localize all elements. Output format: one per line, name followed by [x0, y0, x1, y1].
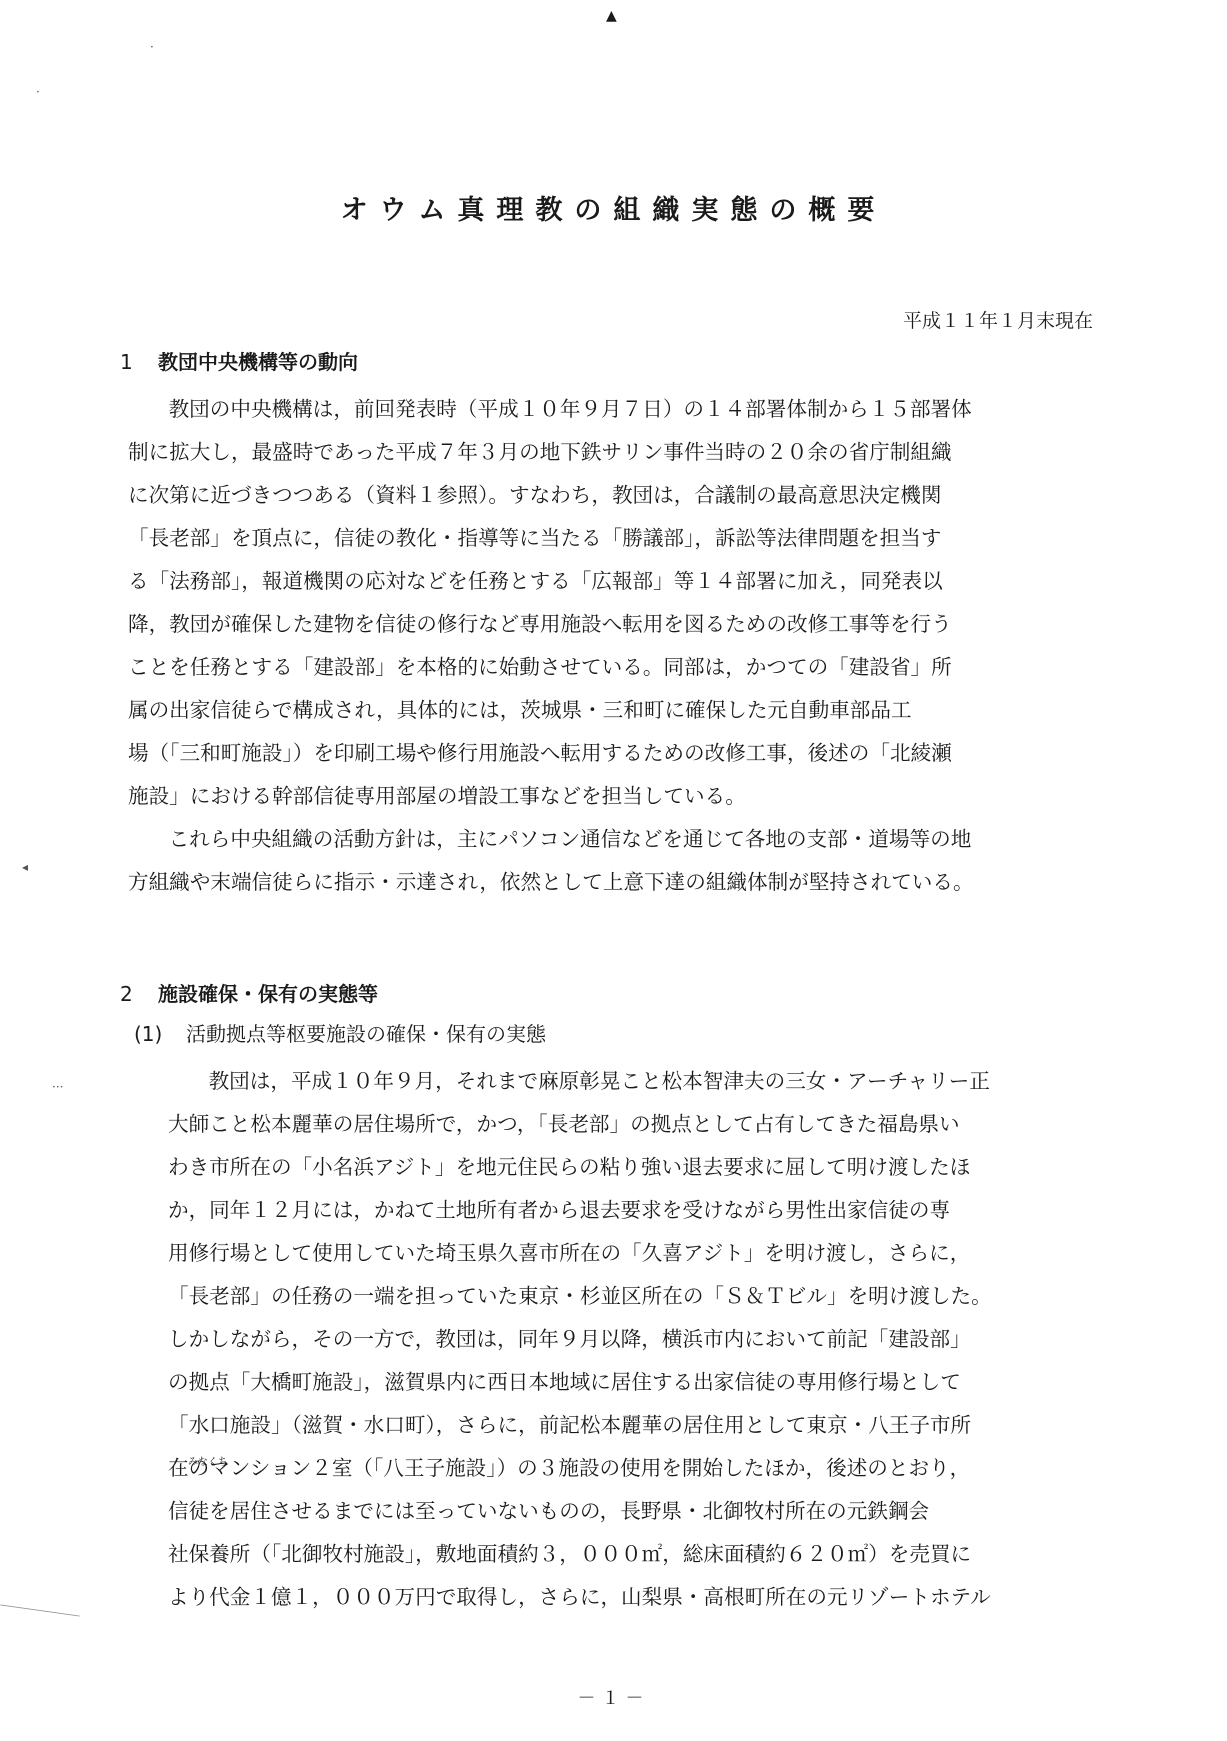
subsection-1-paragraph-1: 教団は，平成１０年９月，それまで麻原彰晃こと松本智津夫の三女・アーチャリー正 大…	[188, 1060, 1108, 1619]
subsection-1-heading: (1)活動拠点等枢要施設の確保・保有の実態	[134, 1018, 546, 1047]
text-line: 「水口施設」（滋賀・水口町），さらに，前記松本麗華の居住用として東京・八王子市所	[168, 1404, 1108, 1447]
text-line: 場（「三和町施設」）を印刷工場や修行用施設へ転用するための改修工事，後述の「北綾…	[128, 732, 1098, 775]
section-title: 施設確保・保有の実態等	[158, 982, 378, 1006]
text-line: 「長老部」を頂点に，信徒の教化・指導等に当たる「勝議部」，訴訟等法律問題を担当す	[128, 517, 1098, 560]
text-line: 教団の中央機構は，前回発表時（平成１０年９月７日）の１４部署体制から１５部署体	[148, 388, 1098, 431]
section-2-heading: 2施設確保・保有の実態等	[120, 978, 378, 1007]
section-number: 1	[120, 350, 158, 374]
text-line: 用修行場として使用していた埼玉県久喜市所在の「久喜アジト」を明け渡し，さらに，	[168, 1232, 1108, 1275]
text-line: より代金１億１，０００万円で取得し，さらに，山梨県・高根町所在の元リゾートホテル	[168, 1576, 1108, 1619]
text-line: 在のマンション２室（「八王子施設」）の３施設の使用を開始したほか，後述のとおり，	[168, 1447, 1108, 1490]
text-line: 社保養所（「北御牧村施設」，敷地面積約３，０００㎡，総床面積約６２０㎡）を売買に	[168, 1533, 1108, 1576]
text-line: か，同年１２月には，かねて土地所有者から退去要求を受けながら男性出家信徒の専	[168, 1189, 1108, 1232]
scan-line-artifact	[0, 1604, 79, 1616]
text-line: 施設」における幹部信徒専用部屋の増設工事などを担当している。	[128, 775, 1098, 818]
text-line: わき市所在の「小名浜アジト」を地元住民らの粘り強い退去要求に屈して明け渡したほ	[168, 1146, 1108, 1189]
scan-speck: ·	[36, 85, 40, 99]
text-line: これら中央組織の活動方針は，主にパソコン通信などを通じて各地の支部・道場等の地	[148, 818, 1098, 861]
section-title: 教団中央機構等の動向	[158, 350, 358, 374]
text-line: 「長老部」の任務の一端を担っていた東京・杉並区所在の「Ｓ＆Ｔビル」を明け渡した。	[168, 1275, 1108, 1318]
subsection-number: (1)	[134, 1022, 186, 1046]
text-line: 信徒を居住させるまでには至っていないものの，長野県・北御牧村所在の元鉄鋼会	[168, 1490, 1108, 1533]
text-line: の拠点「大橋町施設」，滋賀県内に西日本地域に居住する出家信徒の専用修行場として	[168, 1361, 1108, 1404]
document-date: 平成１１年１月末現在	[903, 306, 1093, 333]
document-title: オウム真理教の組織実態の概要	[0, 188, 1227, 227]
text-line: る「法務部」，報道機関の応対などを任務とする「広報部」等１４部署に加え，同発表以	[128, 560, 1098, 603]
text-line: ことを任務とする「建設部」を本格的に始動させている。同部は，かつての「建設省」所	[128, 646, 1098, 689]
scan-speck: ···	[52, 1080, 63, 1094]
scan-mark: ▲	[606, 8, 617, 24]
text-line: に次第に近づきつつある（資料１参照）。すなわち，教団は，合議制の最高意思決定機関	[128, 474, 1098, 517]
text-line: 属の出家信徒らで構成され，具体的には，茨城県・三和町に確保した元自動車部品工	[128, 689, 1098, 732]
document-page: ▲ · · ◂ ··· オウム真理教の組織実態の概要 平成１１年１月末現在 1教…	[0, 0, 1227, 1741]
text-line: 教団は，平成１０年９月，それまで麻原彰晃こと松本智津夫の三女・アーチャリー正	[188, 1060, 1108, 1103]
section-1-paragraph-1: 教団の中央機構は，前回発表時（平成１０年９月７日）の１４部署体制から１５部署体 …	[148, 388, 1098, 818]
text-line: 大師こと松本麗華の居住場所で，かつ，「長老部」の拠点として占有してきた福島県い	[168, 1103, 1108, 1146]
text-line: 制に拡大し，最盛時であった平成７年３月の地下鉄サリン事件当時の２０余の省庁制組織	[128, 431, 1098, 474]
subsection-title: 活動拠点等枢要施設の確保・保有の実態	[186, 1022, 546, 1046]
section-1-paragraph-2: これら中央組織の活動方針は，主にパソコン通信などを通じて各地の支部・道場等の地 …	[148, 818, 1098, 904]
text-line: しかしながら，その一方で，教団は，同年９月以降，横浜市内において前記「建設部」	[168, 1318, 1108, 1361]
page-number: －１－	[0, 1684, 1227, 1710]
scan-speck: ◂	[22, 860, 28, 874]
section-1-heading: 1教団中央機構等の動向	[120, 346, 358, 375]
text-line: 方組織や末端信徒らに指示・示達され，依然として上意下達の組織体制が堅持されている…	[128, 861, 1098, 904]
section-number: 2	[120, 982, 158, 1006]
text-line: 降，教団が確保した建物を信徒の修行など専用施設へ転用を図るための改修工事等を行う	[128, 603, 1098, 646]
scan-speck: ·	[150, 40, 154, 54]
